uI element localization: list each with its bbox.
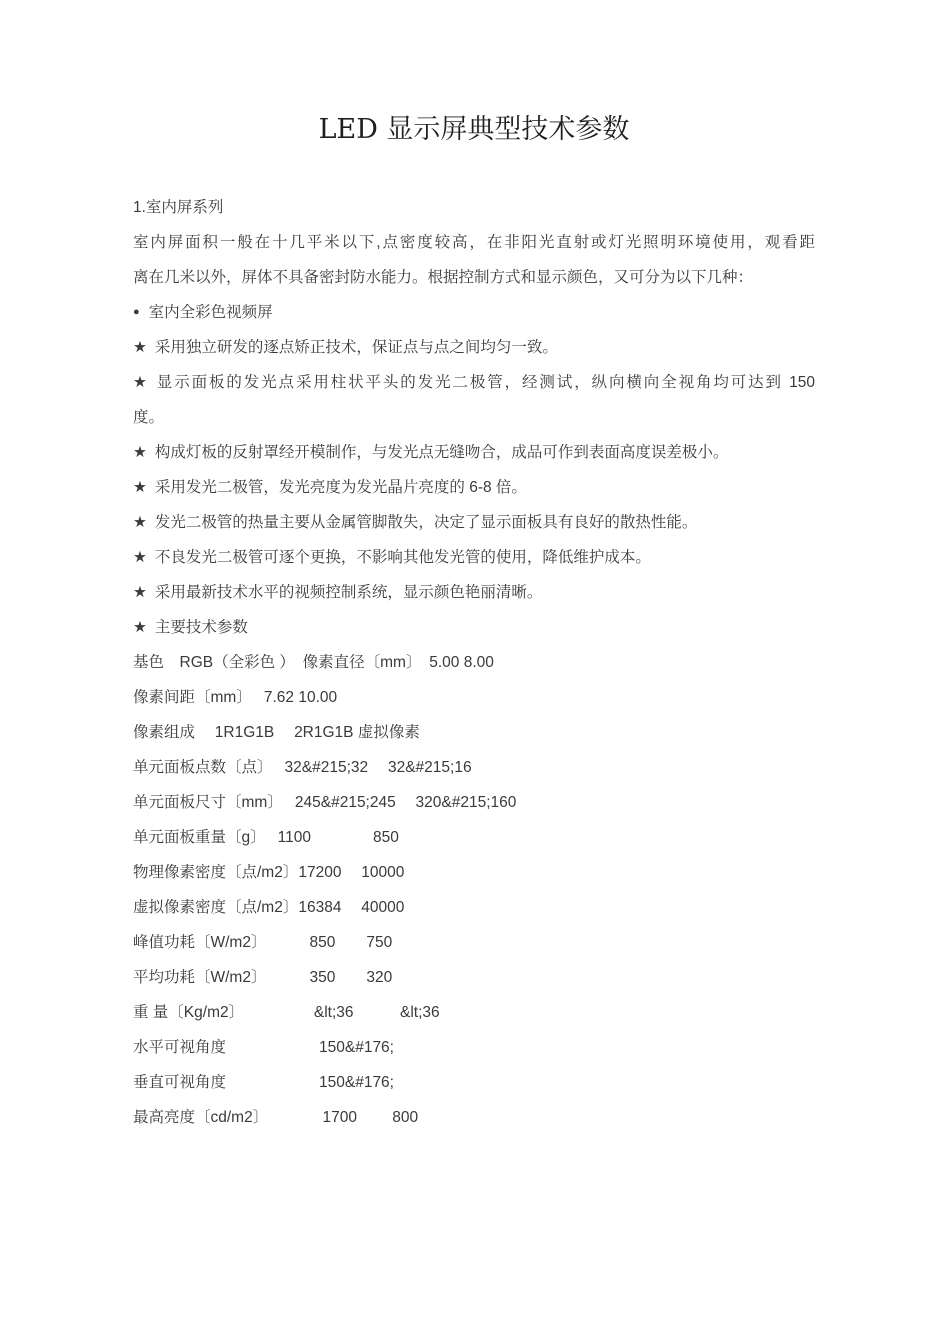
star-icon: ★ <box>133 339 147 356</box>
param-line-vertical-view-angle: 垂直可视角度 150&#176; <box>133 1065 815 1100</box>
star-icon: ★ <box>133 584 147 601</box>
document-content: LED 显示屏典型技术参数 1.室内屏系列 室内屏面积一般在十几平米以下,点密度… <box>133 0 815 1135</box>
document-title: LED 显示屏典型技术参数 <box>133 0 815 152</box>
feature-text: 发光二极管的热量主要从金属管脚散失，决定了显示面板具有良好的散热性能。 <box>155 514 698 531</box>
feature-text: 度。 <box>133 409 164 426</box>
subsection-bullet-item: ●室内全彩色视频屏 <box>133 295 815 330</box>
feature-item: ★发光二极管的热量主要从金属管脚散失，决定了显示面板具有良好的散热性能。 <box>133 505 815 540</box>
feature-item: ★构成灯板的反射罩经开模制作，与发光点无缝吻合，成品可作到表面高度误差极小。 <box>133 435 815 470</box>
param-line-average-power: 平均功耗〔W/m2〕 350 320 <box>133 960 815 995</box>
document-page: LED 显示屏典型技术参数 1.室内屏系列 室内屏面积一般在十几平米以下,点密度… <box>0 0 950 1344</box>
section-indoor-screens: 1.室内屏系列 室内屏面积一般在十几平米以下,点密度较高，在非阳光直射或灯光照明… <box>133 190 815 1135</box>
feature-text: 采用发光二极管，发光亮度为发光晶片亮度的 6-8 倍。 <box>155 479 527 496</box>
param-line-virtual-pixel-density: 虚拟像素密度〔点/m2〕16384 40000 <box>133 890 815 925</box>
bullet-icon: ● <box>133 306 140 318</box>
param-line-panel-size: 单元面板尺寸〔mm〕 245&#215;245 320&#215;160 <box>133 785 815 820</box>
param-line-panel-dots: 单元面板点数〔点〕 32&#215;32 32&#215;16 <box>133 750 815 785</box>
feature-item: ★显示面板的发光点采用柱状平头的发光二极管，经测试，纵向横向全视角均可达到 15… <box>133 365 815 400</box>
subsection-label: 室内全彩色视频屏 <box>149 304 273 321</box>
feature-item-tech-params-heading: ★主要技术参数 <box>133 610 815 645</box>
feature-text: 采用独立研发的逐点矫正技术，保证点与点之间均匀一致。 <box>155 339 558 356</box>
star-icon: ★ <box>133 479 147 496</box>
intro-paragraph-line: 离在几米以外，屏体不具备密封防水能力。根据控制方式和显示颜色，又可分为以下几种： <box>133 260 815 295</box>
section-heading: 1.室内屏系列 <box>133 190 815 225</box>
star-icon: ★ <box>133 444 147 461</box>
param-line-pixel-pitch: 像素间距〔mm〕 7.62 10.00 <box>133 680 815 715</box>
star-icon: ★ <box>133 374 149 391</box>
param-line-pixel-composition: 像素组成 1R1G1B 2R1G1B 虚拟像素 <box>133 715 815 750</box>
feature-text: 构成灯板的反射罩经开模制作，与发光点无缝吻合，成品可作到表面高度误差极小。 <box>155 444 729 461</box>
param-line-weight-per-m2: 重 量〔Kg/m2〕 &lt;36 &lt;36 <box>133 995 815 1030</box>
param-line-peak-power: 峰值功耗〔W/m2〕 850 750 <box>133 925 815 960</box>
intro-paragraph-line: 室内屏面积一般在十几平米以下,点密度较高，在非阳光直射或灯光照明环境使用，观看距 <box>133 225 815 260</box>
feature-item: ★采用最新技术水平的视频控制系统，显示颜色艳丽清晰。 <box>133 575 815 610</box>
feature-text: 不良发光二极管可逐个更换，不影响其他发光管的使用，降低维护成本。 <box>155 549 651 566</box>
param-line-base-color: 基色 RGB（全彩色 ） 像素直径〔mm〕 5.00 8.00 <box>133 645 815 680</box>
param-line-physical-pixel-density: 物理像素密度〔点/m2〕17200 10000 <box>133 855 815 890</box>
star-icon: ★ <box>133 549 147 566</box>
feature-item-continuation: 度。 <box>133 400 815 435</box>
param-line-horizontal-view-angle: 水平可视角度 150&#176; <box>133 1030 815 1065</box>
star-icon: ★ <box>133 619 147 636</box>
feature-text: 显示面板的发光点采用柱状平头的发光二极管，经测试，纵向横向全视角均可达到 150 <box>157 374 815 391</box>
feature-item: ★采用独立研发的逐点矫正技术，保证点与点之间均匀一致。 <box>133 330 815 365</box>
feature-item: ★不良发光二极管可逐个更换，不影响其他发光管的使用，降低维护成本。 <box>133 540 815 575</box>
param-line-max-brightness: 最高亮度〔cd/m2〕 1700 800 <box>133 1100 815 1135</box>
feature-item: ★采用发光二极管，发光亮度为发光晶片亮度的 6-8 倍。 <box>133 470 815 505</box>
feature-text: 采用最新技术水平的视频控制系统，显示颜色艳丽清晰。 <box>155 584 543 601</box>
star-icon: ★ <box>133 514 147 531</box>
feature-text: 主要技术参数 <box>155 619 248 636</box>
param-line-panel-weight: 单元面板重量〔g〕 1100 850 <box>133 820 815 855</box>
